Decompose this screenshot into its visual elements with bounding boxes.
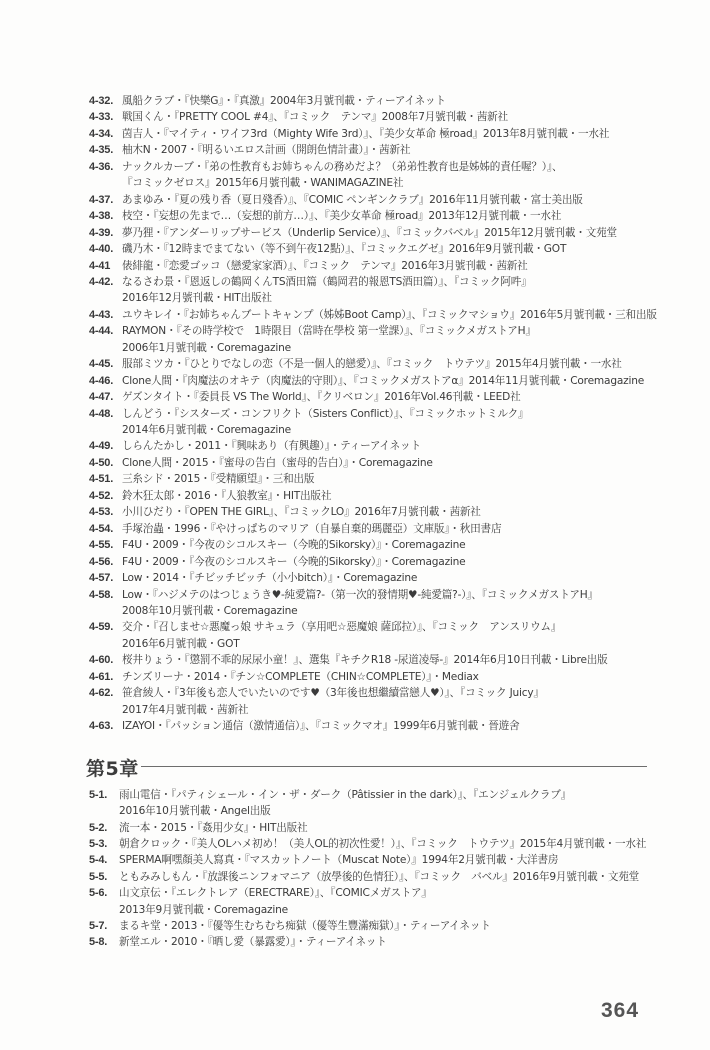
reference-number: 4-55.	[89, 537, 113, 553]
reference-entry: 4-60.桜井りょう・『懲罰不乖的尿尿小童！』、選集『キチクR18 -尿道凌辱-…	[89, 652, 608, 668]
reference-entry: 4-52.鈴木狂太郎・2016・『人狼教室』・HIT出版社	[89, 488, 331, 504]
reference-text: 2014年6月號刊載・Coremagazine	[89, 422, 528, 438]
reference-text: しんどう・『シスターズ・コンフリクト（Sisters Conflict）』、『コ…	[89, 406, 528, 422]
reference-text: 小川ひだり・『OPEN THE GIRL』、『コミックLO』2016年7月號刊載…	[89, 504, 481, 520]
reference-text: 雨山電信・『パティシェール・イン・ザ・ダーク（Pâtissier in the …	[89, 787, 571, 803]
reference-entry: 4-62.笹倉綾人・『3年後も恋人でいたいのです♥（3年後也想繼續當戀人♥）』、…	[89, 685, 544, 718]
reference-entry: 4-42.なるさわ景・『恩返しの鶴岡くんTS酒田篇（鶴岡君的報恩TS酒田篇）』、…	[89, 274, 532, 307]
reference-number: 4-36.	[89, 159, 113, 175]
reference-text: Low・『ハジメテのはつじょうき♥-純愛篇?-（第一次的發情期♥-純愛篇?-）』…	[89, 587, 598, 603]
reference-entry: 5-2.流一本・2015・『姦用少女』・HIT出版社	[89, 820, 307, 836]
reference-number: 5-5.	[89, 869, 107, 885]
reference-text: ゲズンタイト・『委員長 VS The World』、『クリベロン』2016年Vo…	[89, 389, 521, 405]
book-page: 4-32.風船クラブ・『快樂G』・『真激』2004年3月號刊載・ティーアイネット…	[0, 0, 710, 1050]
reference-text: 夢乃狸・『アンダーリップサービス（Underlip Service）』、『コミッ…	[89, 225, 617, 241]
reference-text: ユウキレイ・『お姉ちゃんブートキャンプ（姊姊Boot Camp）』、『コミックマ…	[89, 307, 657, 323]
reference-text: しらんたかし・2011・『興味あり（有興趣）』・ティーアイネット	[89, 438, 421, 454]
reference-text: 桜井りょう・『懲罰不乖的尿尿小童！』、選集『キチクR18 -尿道凌辱-』2014…	[89, 652, 608, 668]
reference-number: 5-6.	[89, 885, 107, 901]
reference-entry: 4-50.Clone人間・2015・『蜜母の告白（蜜母的告白）』・Coremag…	[89, 455, 433, 471]
reference-number: 4-44.	[89, 323, 113, 339]
reference-entry: 5-5.ともみみしもん・『放課後ニンフォマニア（放學後的色情狂）』、『コミック …	[89, 869, 639, 885]
reference-entry: 4-57.Low・2014・『チビッチビッチ（小小bitch）』・Coremag…	[89, 570, 417, 586]
reference-entry: 4-46.Clone人間・『肉魔法のオキテ（肉魔法的守則）』、『コミックメガスト…	[89, 373, 644, 389]
reference-text: Clone人間・2015・『蜜母の告白（蜜母的告白）』・Coremagazine	[89, 455, 433, 471]
reference-entry: 4-36.ナックルカーブ・『弟の性教育もお姉ちゃんの務めだよ？（弟弟性教育也是姊…	[89, 159, 562, 192]
reference-number: 4-42.	[89, 274, 113, 290]
reference-text: 流一本・2015・『姦用少女』・HIT出版社	[89, 820, 307, 836]
reference-number: 4-61.	[89, 669, 113, 685]
reference-number: 4-34.	[89, 126, 113, 142]
reference-text: 交介・『召しませ☆悪魔っ娘 サキュラ（享用吧☆惡魔娘 薩邱拉）』、『コミック ア…	[89, 619, 561, 635]
reference-number: 5-1.	[89, 787, 107, 803]
reference-text: 山文京伝・『エレクトレア（ERECTRARE）』、『COMICメガストア』	[89, 885, 432, 901]
reference-number: 4-54.	[89, 521, 113, 537]
reference-number: 4-32.	[89, 93, 113, 109]
reference-entry: 5-7.まるキ堂・2013・『優等生むちむち痴獄（優等生豐滿痴獄）』・ティーアイ…	[89, 918, 491, 934]
reference-text: F4U・2009・『今夜のシコルスキー（今晚的Sikorsky）』・Corema…	[89, 554, 466, 570]
reference-text: ともみみしもん・『放課後ニンフォマニア（放學後的色情狂）』、『コミック バベル』…	[89, 869, 639, 885]
reference-entry: 4-32.風船クラブ・『快樂G』・『真激』2004年3月號刊載・ティーアイネット	[89, 93, 446, 109]
reference-entry: 4-45.服部ミツカ・『ひとりでなしの恋（不是一個人的戀愛）』、『コミック トウ…	[89, 356, 622, 372]
reference-text: 2013年9月號刊載・Coremagazine	[89, 902, 432, 918]
reference-text: なるさわ景・『恩返しの鶴岡くんTS酒田篇（鶴岡君的報恩TS酒田篇）』、『コミック…	[89, 274, 532, 290]
reference-text: 新堂エル・2010・『晒し愛（暴露愛）』・ティーアイネット	[89, 934, 387, 950]
reference-number: 4-50.	[89, 455, 113, 471]
reference-text: あまゆみ・『夏の残り香（夏日殘香）』、『COMIC ペンギンクラブ』2016年1…	[89, 192, 583, 208]
reference-entry: 4-38.枝空・『妄想の先まで…（妄想的前方…）』、『美少女革命 極road』2…	[89, 208, 561, 224]
reference-text: ナックルカーブ・『弟の性教育もお姉ちゃんの務めだよ？（弟弟性教育也是姊姊的責任喔…	[89, 159, 562, 175]
reference-number: 4-58.	[89, 587, 113, 603]
reference-entry: 4-63.IZAYOI・『パッション通信（激情通信）』、『コミックマオ』1999…	[89, 718, 519, 734]
reference-entry: 5-6.山文京伝・『エレクトレア（ERECTRARE）』、『COMICメガストア…	[89, 885, 432, 918]
reference-text: 2006年1月號刊載・Coremagazine	[89, 340, 536, 356]
reference-entry: 4-35.柚木N・2007・『明るいエロス計画（開朗色情計畫）』・茜新社	[89, 142, 410, 158]
reference-number: 4-57.	[89, 570, 113, 586]
reference-text: 茵吉人・『マイティ・ワイフ3rd（Mighty Wife 3rd）』、『美少女革…	[89, 126, 609, 142]
reference-entry: 5-4.SPERMA啊嘿顏美人寫真・『マスカットノート（Muscat Note）…	[89, 852, 558, 868]
reference-number: 4-46.	[89, 373, 113, 389]
reference-entry: 5-3.朝倉クロック・『美人OLハメ初め！（美人OL的初次性愛！）』、『コミック…	[89, 836, 646, 852]
reference-text: 三糸シド・2015・『受精願望』・三和出版	[89, 471, 314, 487]
reference-entry: 5-1.雨山電信・『パティシェール・イン・ザ・ダーク（Pâtissier in …	[89, 787, 571, 820]
reference-entry: 4-33.戦国くん・『PRETTY COOL #4』、『コミック テンマ』200…	[89, 109, 508, 125]
reference-entry: 4-54.手塚治蟲・1996・『やけっぱちのマリア（自暴自棄的瑪麗亞）文庫版』・…	[89, 521, 501, 537]
reference-number: 4-60.	[89, 652, 113, 668]
reference-number: 4-62.	[89, 685, 113, 701]
reference-number: 4-51.	[89, 471, 113, 487]
reference-text: 2008年10月號刊載・Coremagazine	[89, 603, 598, 619]
reference-number: 4-59.	[89, 619, 113, 635]
reference-text: 服部ミツカ・『ひとりでなしの恋（不是一個人的戀愛）』、『コミック トウテツ』20…	[89, 356, 622, 372]
reference-entry: 4-49.しらんたかし・2011・『興味あり（有興趣）』・ティーアイネット	[89, 438, 421, 454]
reference-text: 2016年10月號刊載・Angel出版	[89, 803, 571, 819]
reference-number: 5-7.	[89, 918, 107, 934]
reference-number: 4-33.	[89, 109, 113, 125]
reference-text: 鈴木狂太郎・2016・『人狼教室』・HIT出版社	[89, 488, 331, 504]
reference-entry: 4-34.茵吉人・『マイティ・ワイフ3rd（Mighty Wife 3rd）』、…	[89, 126, 609, 142]
reference-entry: 4-58.Low・『ハジメテのはつじょうき♥-純愛篇?-（第一次的發情期♥-純愛…	[89, 587, 598, 620]
reference-entry: 4-59.交介・『召しませ☆悪魔っ娘 サキュラ（享用吧☆惡魔娘 薩邱拉）』、『コ…	[89, 619, 561, 652]
reference-entry: 4-43.ユウキレイ・『お姉ちゃんブートキャンプ（姊姊Boot Camp）』、『…	[89, 307, 657, 323]
reference-number: 4-39.	[89, 225, 113, 241]
reference-number: 4-41	[89, 258, 110, 274]
reference-number: 4-56.	[89, 554, 113, 570]
page-number: 364	[601, 999, 639, 1023]
reference-text: 『コミックゼロス』2015年6月號刊載・WANIMAGAZINE社	[89, 175, 562, 191]
reference-entry: 4-37.あまゆみ・『夏の残り香（夏日殘香）』、『COMIC ペンギンクラブ』2…	[89, 192, 583, 208]
reference-text: 2017年4月號刊載・茜新社	[89, 702, 544, 718]
reference-number: 4-49.	[89, 438, 113, 454]
reference-entry: 4-48.しんどう・『シスターズ・コンフリクト（Sisters Conflict…	[89, 406, 528, 439]
reference-number: 4-48.	[89, 406, 113, 422]
reference-entry: 4-56.F4U・2009・『今夜のシコルスキー（今晚的Sikorsky）』・C…	[89, 554, 466, 570]
reference-number: 4-40.	[89, 241, 113, 257]
reference-entry: 4-39.夢乃狸・『アンダーリップサービス（Underlip Service）』…	[89, 225, 617, 241]
reference-text: 手塚治蟲・1996・『やけっぱちのマリア（自暴自棄的瑪麗亞）文庫版』・秋田書店	[89, 521, 501, 537]
reference-entry: 4-41俵緋龍・『恋愛ゴッコ（戀愛家家酒）』、『コミック テンマ』2016年3月…	[89, 258, 528, 274]
reference-entry: 4-51.三糸シド・2015・『受精願望』・三和出版	[89, 471, 314, 487]
reference-text: Clone人間・『肉魔法のオキテ（肉魔法的守則）』、『コミックメガストアα』20…	[89, 373, 644, 389]
reference-number: 4-38.	[89, 208, 113, 224]
reference-number: 4-53.	[89, 504, 113, 520]
reference-entry: 4-53.小川ひだり・『OPEN THE GIRL』、『コミックLO』2016年…	[89, 504, 481, 520]
reference-text: IZAYOI・『パッション通信（激情通信）』、『コミックマオ』1999年6月號刊…	[89, 718, 519, 734]
reference-text: 磯乃木・『12時までまてない（等不到午夜12點）』、『コミックエグゼ』2016年…	[89, 241, 566, 257]
reference-number: 4-43.	[89, 307, 113, 323]
reference-number: 5-3.	[89, 836, 107, 852]
reference-entry: 4-61.チンズリーナ・2014・『チン☆COMPLETE（CHIN☆COMPL…	[89, 669, 479, 685]
reference-number: 4-63.	[89, 718, 113, 734]
reference-text: 戦国くん・『PRETTY COOL #4』、『コミック テンマ』2008年7月號…	[89, 109, 508, 125]
reference-text: Low・2014・『チビッチビッチ（小小bitch）』・Coremagazine	[89, 570, 417, 586]
chapter-5-heading: 第5章	[86, 754, 139, 781]
reference-text: 俵緋龍・『恋愛ゴッコ（戀愛家家酒）』、『コミック テンマ』2016年3月號刊載・…	[89, 258, 528, 274]
reference-number: 4-37.	[89, 192, 113, 208]
reference-text: RAYMON・『その時学校で 1時限目（當時在學校 第一堂課）』、『コミックメガ…	[89, 323, 536, 339]
reference-text: 2016年12月號刊載・HIT出版社	[89, 290, 532, 306]
reference-text: 柚木N・2007・『明るいエロス計画（開朗色情計畫）』・茜新社	[89, 142, 410, 158]
reference-number: 5-4.	[89, 852, 107, 868]
reference-entry: 4-40.磯乃木・『12時までまてない（等不到午夜12點）』、『コミックエグゼ』…	[89, 241, 566, 257]
reference-text: 枝空・『妄想の先まで…（妄想的前方…）』、『美少女革命 極road』2013年1…	[89, 208, 561, 224]
reference-entry: 4-55.F4U・2009・『今夜のシコルスキー（今晚的Sikorsky）』・C…	[89, 537, 466, 553]
reference-number: 4-52.	[89, 488, 113, 504]
reference-entry: 4-44.RAYMON・『その時学校で 1時限目（當時在學校 第一堂課）』、『コ…	[89, 323, 536, 356]
reference-entry: 4-47.ゲズンタイト・『委員長 VS The World』、『クリベロン』20…	[89, 389, 521, 405]
reference-number: 5-8.	[89, 934, 107, 950]
reference-number: 4-45.	[89, 356, 113, 372]
reference-text: SPERMA啊嘿顏美人寫真・『マスカットノート（Muscat Note）』199…	[89, 852, 558, 868]
reference-text: まるキ堂・2013・『優等生むちむち痴獄（優等生豐滿痴獄）』・ティーアイネット	[89, 918, 491, 934]
reference-text: 笹倉綾人・『3年後も恋人でいたいのです♥（3年後也想繼續當戀人♥）』、『コミック…	[89, 685, 544, 701]
reference-entry: 5-8.新堂エル・2010・『晒し愛（暴露愛）』・ティーアイネット	[89, 934, 387, 950]
reference-number: 4-47.	[89, 389, 113, 405]
reference-text: 朝倉クロック・『美人OLハメ初め！（美人OL的初次性愛！）』、『コミック トウテ…	[89, 836, 646, 852]
reference-text: チンズリーナ・2014・『チン☆COMPLETE（CHIN☆COMPLETE）』…	[89, 669, 479, 685]
reference-text: 2016年6月號刊載・GOT	[89, 636, 561, 652]
heading-rule	[141, 766, 647, 767]
reference-number: 5-2.	[89, 820, 107, 836]
reference-text: 風船クラブ・『快樂G』・『真激』2004年3月號刊載・ティーアイネット	[89, 93, 446, 109]
reference-number: 4-35.	[89, 142, 113, 158]
reference-text: F4U・2009・『今夜のシコルスキー（今晚的Sikorsky）』・Corema…	[89, 537, 466, 553]
